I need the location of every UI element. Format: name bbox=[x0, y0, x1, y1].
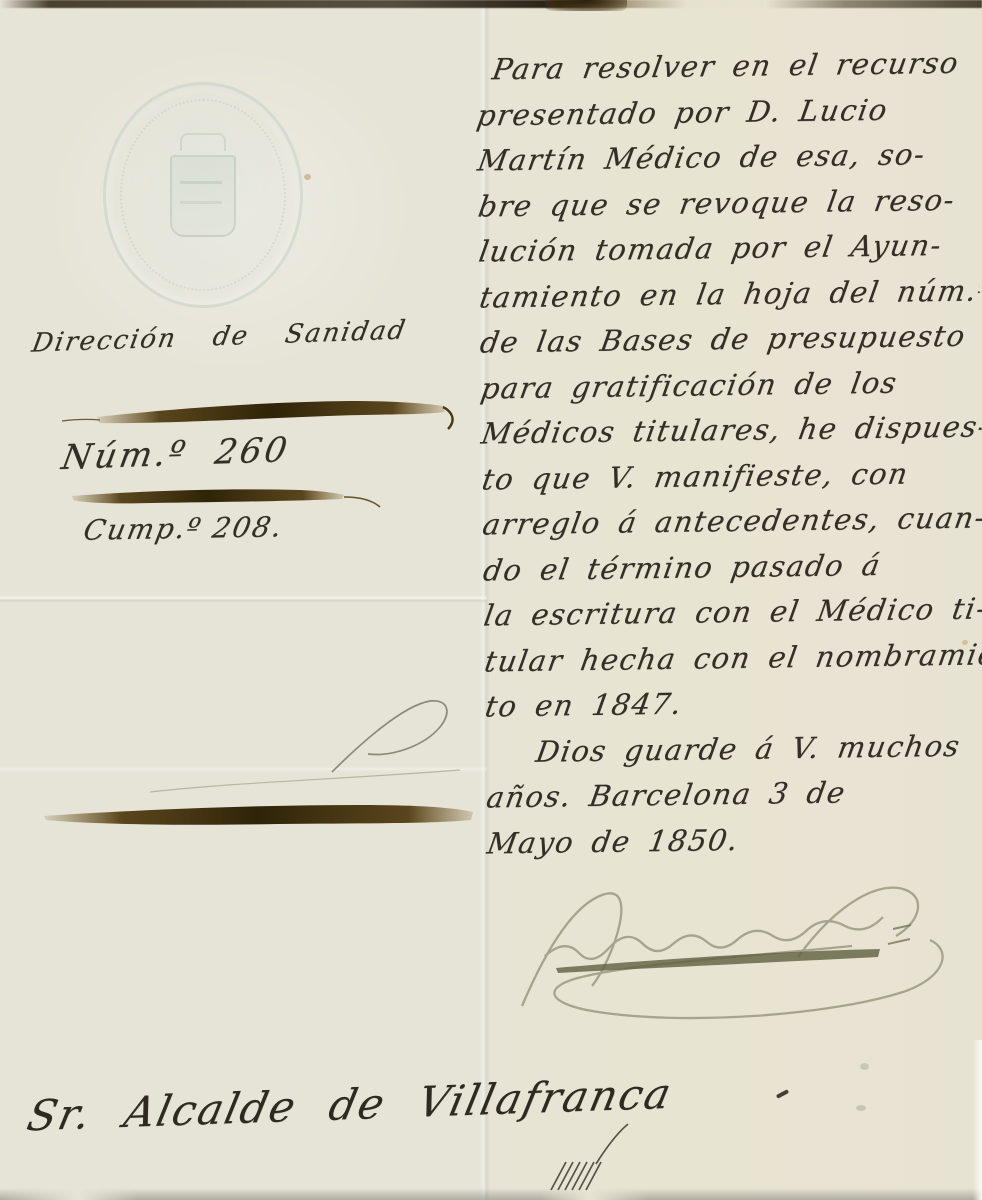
body-line: Médicos titulares, he dispues- bbox=[478, 404, 982, 457]
body-line: tular hecha con el nombramien- bbox=[481, 632, 982, 685]
body-line: lución tomada por el Ayun- bbox=[475, 222, 982, 275]
signature-ticks bbox=[888, 925, 911, 944]
body-line: Martín Médico de esa, so- bbox=[474, 131, 982, 184]
body-line-closing: Mayo de 1850. bbox=[484, 814, 982, 867]
body-line-closing: Dios guarde á V. muchos bbox=[482, 723, 982, 776]
body-line: de las Bases de presupuesto bbox=[477, 313, 982, 366]
scan-edge-bottom bbox=[0, 1188, 982, 1200]
body-line: do el término pasado á bbox=[480, 541, 982, 594]
body-line: Para resolver en el recurso bbox=[473, 41, 982, 94]
ink-speck bbox=[776, 1089, 789, 1099]
flourish-hairline bbox=[150, 770, 460, 792]
ink-rule-office-leadin bbox=[62, 419, 100, 421]
body-line: arreglo á antecedentes, cuan- bbox=[479, 495, 982, 548]
body-line: to que V. manifieste, con bbox=[479, 450, 982, 503]
margin-file-line: Cump.º 208. bbox=[81, 510, 287, 547]
body-line: tamiento en la hoja del núm.º bbox=[476, 268, 982, 321]
addressee-flourish-hatch bbox=[551, 1124, 628, 1190]
flourish-curl bbox=[332, 701, 447, 772]
ink-underline-number bbox=[72, 489, 344, 503]
body-line: to en 1847. bbox=[482, 677, 982, 730]
letter-scan-page: Dirección de Sanidad Núm.º 260 Cump.º 20… bbox=[0, 0, 982, 1200]
letter-body: Para resolver en el recurso presentado p… bbox=[472, 41, 982, 880]
seal-shield-bar bbox=[180, 181, 222, 184]
scan-edge-top bbox=[0, 0, 982, 8]
horizontal-fold-crease bbox=[0, 595, 487, 603]
ink-rule-office bbox=[97, 401, 445, 423]
signature-flourish bbox=[522, 888, 943, 1018]
body-line: presentado por D. Lucio bbox=[473, 86, 982, 139]
paper-stain bbox=[962, 640, 968, 645]
margin-office-line: Dirección de Sanidad bbox=[29, 315, 409, 358]
body-line: la escritura con el Médico ti- bbox=[480, 586, 982, 639]
ink-rule-office-hook bbox=[443, 407, 453, 429]
seal-shield-bar bbox=[180, 201, 222, 204]
signature-dark-stroke bbox=[556, 949, 880, 973]
ink-rule-long bbox=[44, 805, 473, 825]
ink-underline-number-tail bbox=[344, 497, 380, 507]
seal-crown bbox=[180, 133, 226, 151]
addressee-line: Sr. Alcalde de Villafranca bbox=[23, 1069, 677, 1141]
paper-stain bbox=[860, 1063, 869, 1070]
scan-edge-right bbox=[973, 1040, 982, 1200]
seal-shield bbox=[170, 155, 236, 237]
paper-stain bbox=[304, 174, 311, 180]
paper-stain bbox=[856, 1105, 866, 1111]
margin-number-line: Núm.º 260 bbox=[59, 430, 293, 478]
scan-edge-top-blob bbox=[545, 0, 627, 11]
body-line: bre que se revoque la reso- bbox=[475, 177, 982, 230]
body-line: para gratificación de los bbox=[477, 359, 982, 412]
horizontal-fold-crease-2 bbox=[0, 766, 487, 772]
body-line-closing: años. Barcelona 3 de bbox=[483, 768, 982, 821]
embossed-seal bbox=[103, 82, 303, 308]
